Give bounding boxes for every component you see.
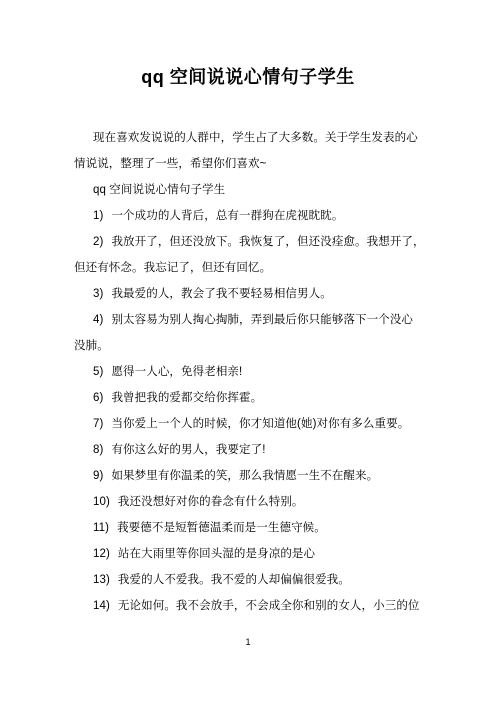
item-number: 8) <box>93 437 103 463</box>
list-item-line: 没肺。 <box>74 333 424 359</box>
page-number: 1 <box>0 637 496 647</box>
item-number: 9) <box>93 463 103 489</box>
item-number: 11) <box>93 515 109 541</box>
item-text: 我爱的人不爱我。我不爱的人却偏偏很爱我。 <box>118 574 350 586</box>
list-item-line: 10)我还没想好对你的眷念有什么特别。 <box>74 489 424 515</box>
list-item-line: 6)我曾把我的爱都交给你挥霍。 <box>74 385 424 411</box>
list-item-line: 4)别太容易为别人掏心掏肺，弄到最后你只能够落下一个没心 <box>74 307 424 333</box>
list-item-line: 13)我爱的人不爱我。我不爱的人却偏偏很爱我。 <box>74 567 424 593</box>
item-text: 莪要德不是短暂德温柔而是一生德守候。 <box>117 522 326 534</box>
intro-line: 现在喜欢发说说的人群中，学生占了大多数。关于学生发表的心 <box>74 125 424 151</box>
item-number: 5) <box>93 359 103 385</box>
list-item-line: 1)一个成功的人背后，总有一群狗在虎视眈眈。 <box>74 203 424 229</box>
item-number: 13) <box>93 567 110 593</box>
item-number: 14) <box>93 593 110 619</box>
item-number: 3) <box>93 281 103 307</box>
list-item-line: 但还有怀念。我忘记了，但还有回忆。 <box>74 255 424 281</box>
document-body: 现在喜欢发说说的人群中，学生占了大多数。关于学生发表的心情说说，整理了一些，希望… <box>74 125 424 619</box>
intro-line: 情说说，整理了一些，希望你们喜欢~ <box>74 151 424 177</box>
list-item-line: 7)当你爱上一个人的时候，你才知道他(她)对你有多么重要。 <box>74 411 424 437</box>
item-text: 愿得一人心，免得老相亲! <box>111 366 242 378</box>
list-item-line: 3)我最爱的人，教会了我不要轻易相信男人。 <box>74 281 424 307</box>
item-text: 别太容易为别人掏心掏肺，弄到最后你只能够落下一个没心 <box>111 314 413 326</box>
item-text: 一个成功的人背后，总有一群狗在虎视眈眈。 <box>111 210 343 222</box>
item-number: 2) <box>93 229 103 255</box>
list-item-line: 2)我放开了，但还没放下。我恢复了，但还没痊愈。我想开了， <box>74 229 424 255</box>
item-number: 10) <box>93 489 110 515</box>
list-item-line: 12)站在大雨里等你回头湿的是身凉的是心 <box>74 541 424 567</box>
item-text: 无论如何。我不会放手，不会成全你和别的女人，小三的位 <box>118 600 420 612</box>
item-number: 1) <box>93 203 103 229</box>
document-page: qq 空间说说心情句子学生 现在喜欢发说说的人群中，学生占了大多数。关于学生发表… <box>0 0 496 702</box>
item-text: 有你这么好的男人，我要定了! <box>111 444 265 456</box>
item-text: 我放开了，但还没放下。我恢复了，但还没痊愈。我想开了， <box>111 236 424 248</box>
item-number: 7) <box>93 411 103 437</box>
item-text: 当你爱上一个人的时候，你才知道他(她)对你有多么重要。 <box>111 418 409 430</box>
list-item-line: 14)无论如何。我不会放手，不会成全你和别的女人，小三的位 <box>74 593 424 619</box>
list-item-line: 5)愿得一人心，免得老相亲! <box>74 359 424 385</box>
item-text: 如果梦里有你温柔的笑，那么我情愿一生不在醒来。 <box>111 470 378 482</box>
item-text: 我最爱的人，教会了我不要轻易相信男人。 <box>111 288 331 300</box>
list-item-line: 9)如果梦里有你温柔的笑，那么我情愿一生不在醒来。 <box>74 463 424 489</box>
item-text: 站在大雨里等你回头湿的是身凉的是心 <box>118 548 315 560</box>
item-number: 4) <box>93 307 103 333</box>
item-number: 6) <box>93 385 103 411</box>
item-text: 我还没想好对你的眷念有什么特别。 <box>118 496 304 508</box>
subtitle-line: qq 空间说说心情句子学生 <box>74 177 424 203</box>
list-item-line: 8)有你这么好的男人，我要定了! <box>74 437 424 463</box>
item-number: 12) <box>93 541 110 567</box>
page-title: qq 空间说说心情句子学生 <box>0 63 496 89</box>
item-text: 我曾把我的爱都交给你挥霍。 <box>111 392 262 404</box>
list-item-line: 11)莪要德不是短暂德温柔而是一生德守候。 <box>74 515 424 541</box>
